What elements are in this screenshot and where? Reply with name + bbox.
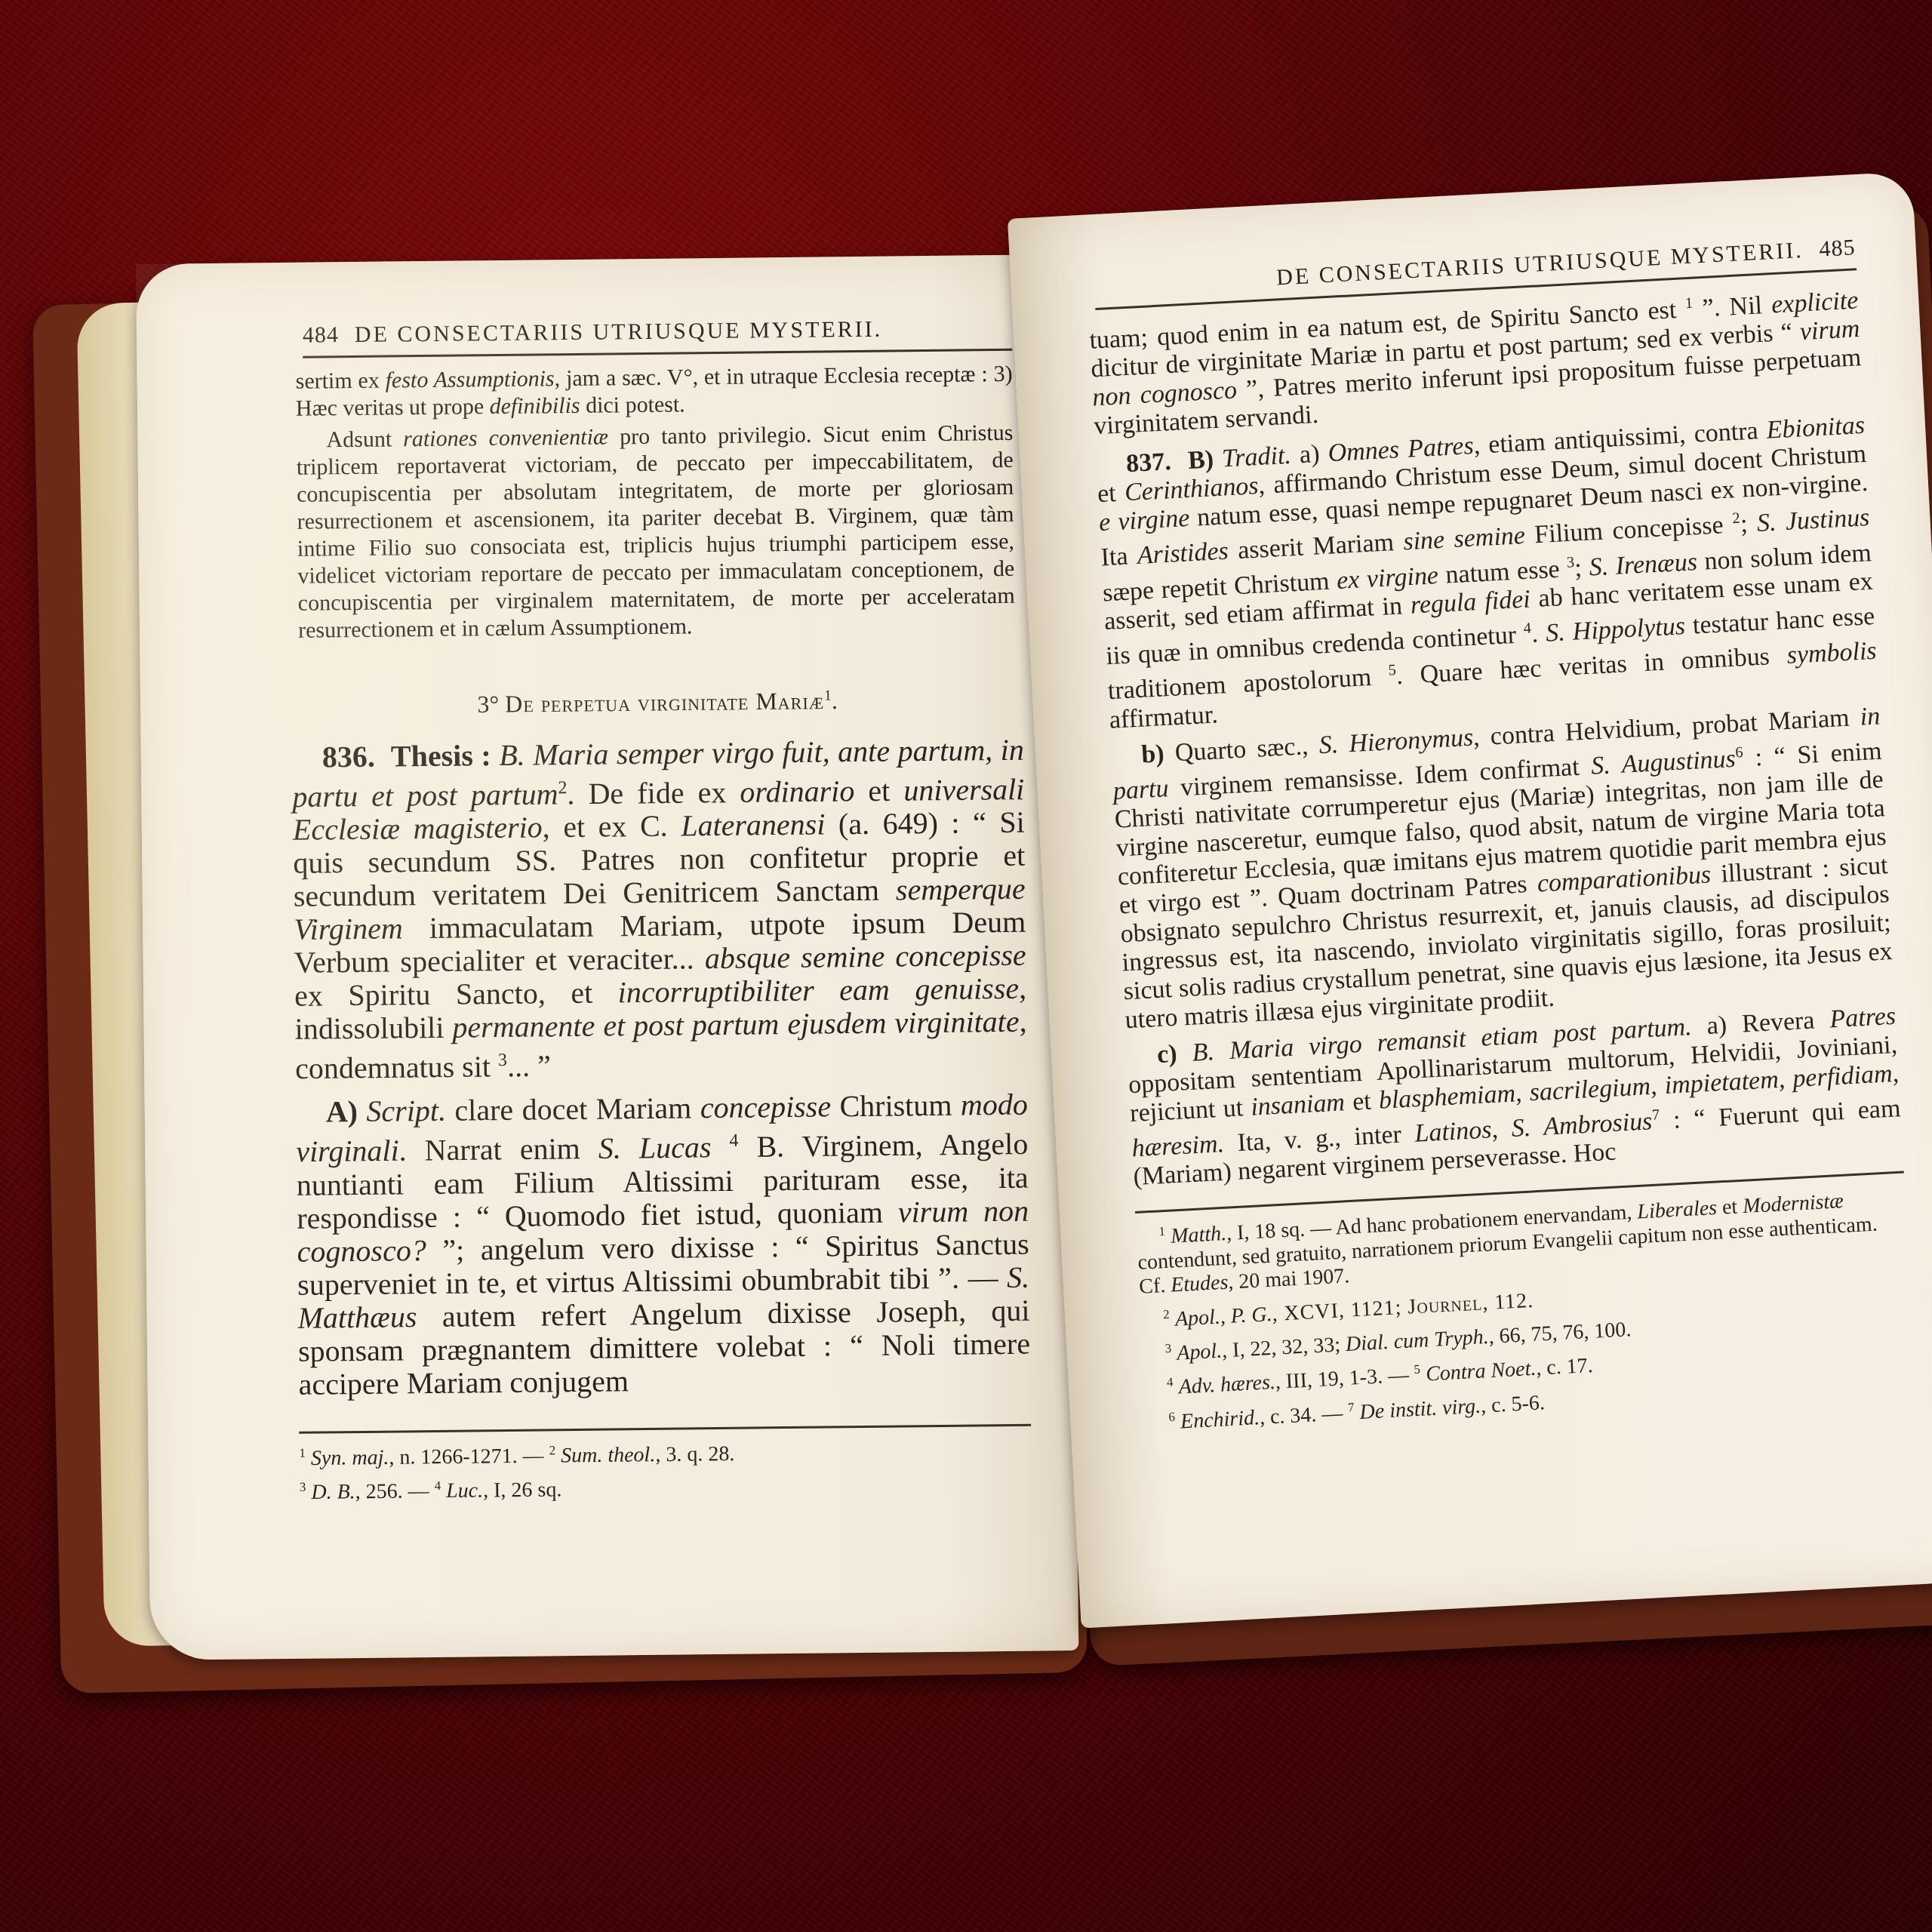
running-head-title: DE CONSECTARIIS UTRIUSQUE MYSTERII. bbox=[355, 317, 883, 347]
footnotes-right: 1 Matth., I, 18 sq. — Ad hanc probatione… bbox=[1136, 1181, 1915, 1436]
running-head-left: 484 DE CONSECTARIIS UTRIUSQUE MYSTERII. bbox=[303, 315, 1012, 358]
paragraph-number: 837. bbox=[1125, 448, 1171, 478]
paragraph-number: 836. bbox=[322, 739, 375, 774]
footnote: 1 Syn. maj., n. 1266-1271. — 2 Sum. theo… bbox=[299, 1433, 1031, 1470]
footnote-rule bbox=[299, 1423, 1031, 1433]
continuation-paragraph: sertim ex festo Assumptionis, jam a sæc.… bbox=[295, 361, 1013, 423]
left-page: 484 DE CONSECTARIIS UTRIUSQUE MYSTERII. … bbox=[136, 254, 1078, 1660]
paragraph-b: b) Quarto sæc., S. Hieronymus, contra He… bbox=[1110, 702, 1894, 1035]
left-page-main-text: 3° De perpetua virginitate Mariæ1. 836. … bbox=[291, 663, 1032, 1509]
right-page-text: tuam; quod enim in ea natum est, de Spir… bbox=[1088, 280, 1915, 1440]
paragraph-c: c) B. Maria virgo remansit etiam post pa… bbox=[1126, 1002, 1903, 1192]
footnote: 3 D. B., 256. — 4 Luc., I, 26 sq. bbox=[300, 1468, 1032, 1505]
page-number: 484 bbox=[303, 322, 339, 348]
right-page: DE CONSECTARIIS UTRIUSQUE MYSTERII. 485 … bbox=[1008, 171, 1932, 1628]
rationes-paragraph: Adsunt rationes convenientiæ pro tanto p… bbox=[296, 420, 1015, 645]
page-number: 485 bbox=[1819, 235, 1857, 261]
paragraph-837: 837. B) Tradit. a) Omnes Patres, etiam a… bbox=[1095, 411, 1878, 734]
thesis-paragraph: 836. Thesis : B. Maria semper virgo fuit… bbox=[292, 733, 1028, 1085]
section-heading: 3° De perpetua virginitate Mariæ1. bbox=[291, 678, 1023, 723]
left-page-small-text: sertim ex festo Assumptionis, jam a sæc.… bbox=[295, 361, 1015, 649]
running-head-title: DE CONSECTARIIS UTRIUSQUE MYSTERII. bbox=[1275, 238, 1804, 291]
scripture-paragraph: A) Script. clare docet Mariam concepisse… bbox=[296, 1088, 1031, 1401]
footnotes-left: 1 Syn. maj., n. 1266-1271. — 2 Sum. theo… bbox=[299, 1433, 1032, 1505]
